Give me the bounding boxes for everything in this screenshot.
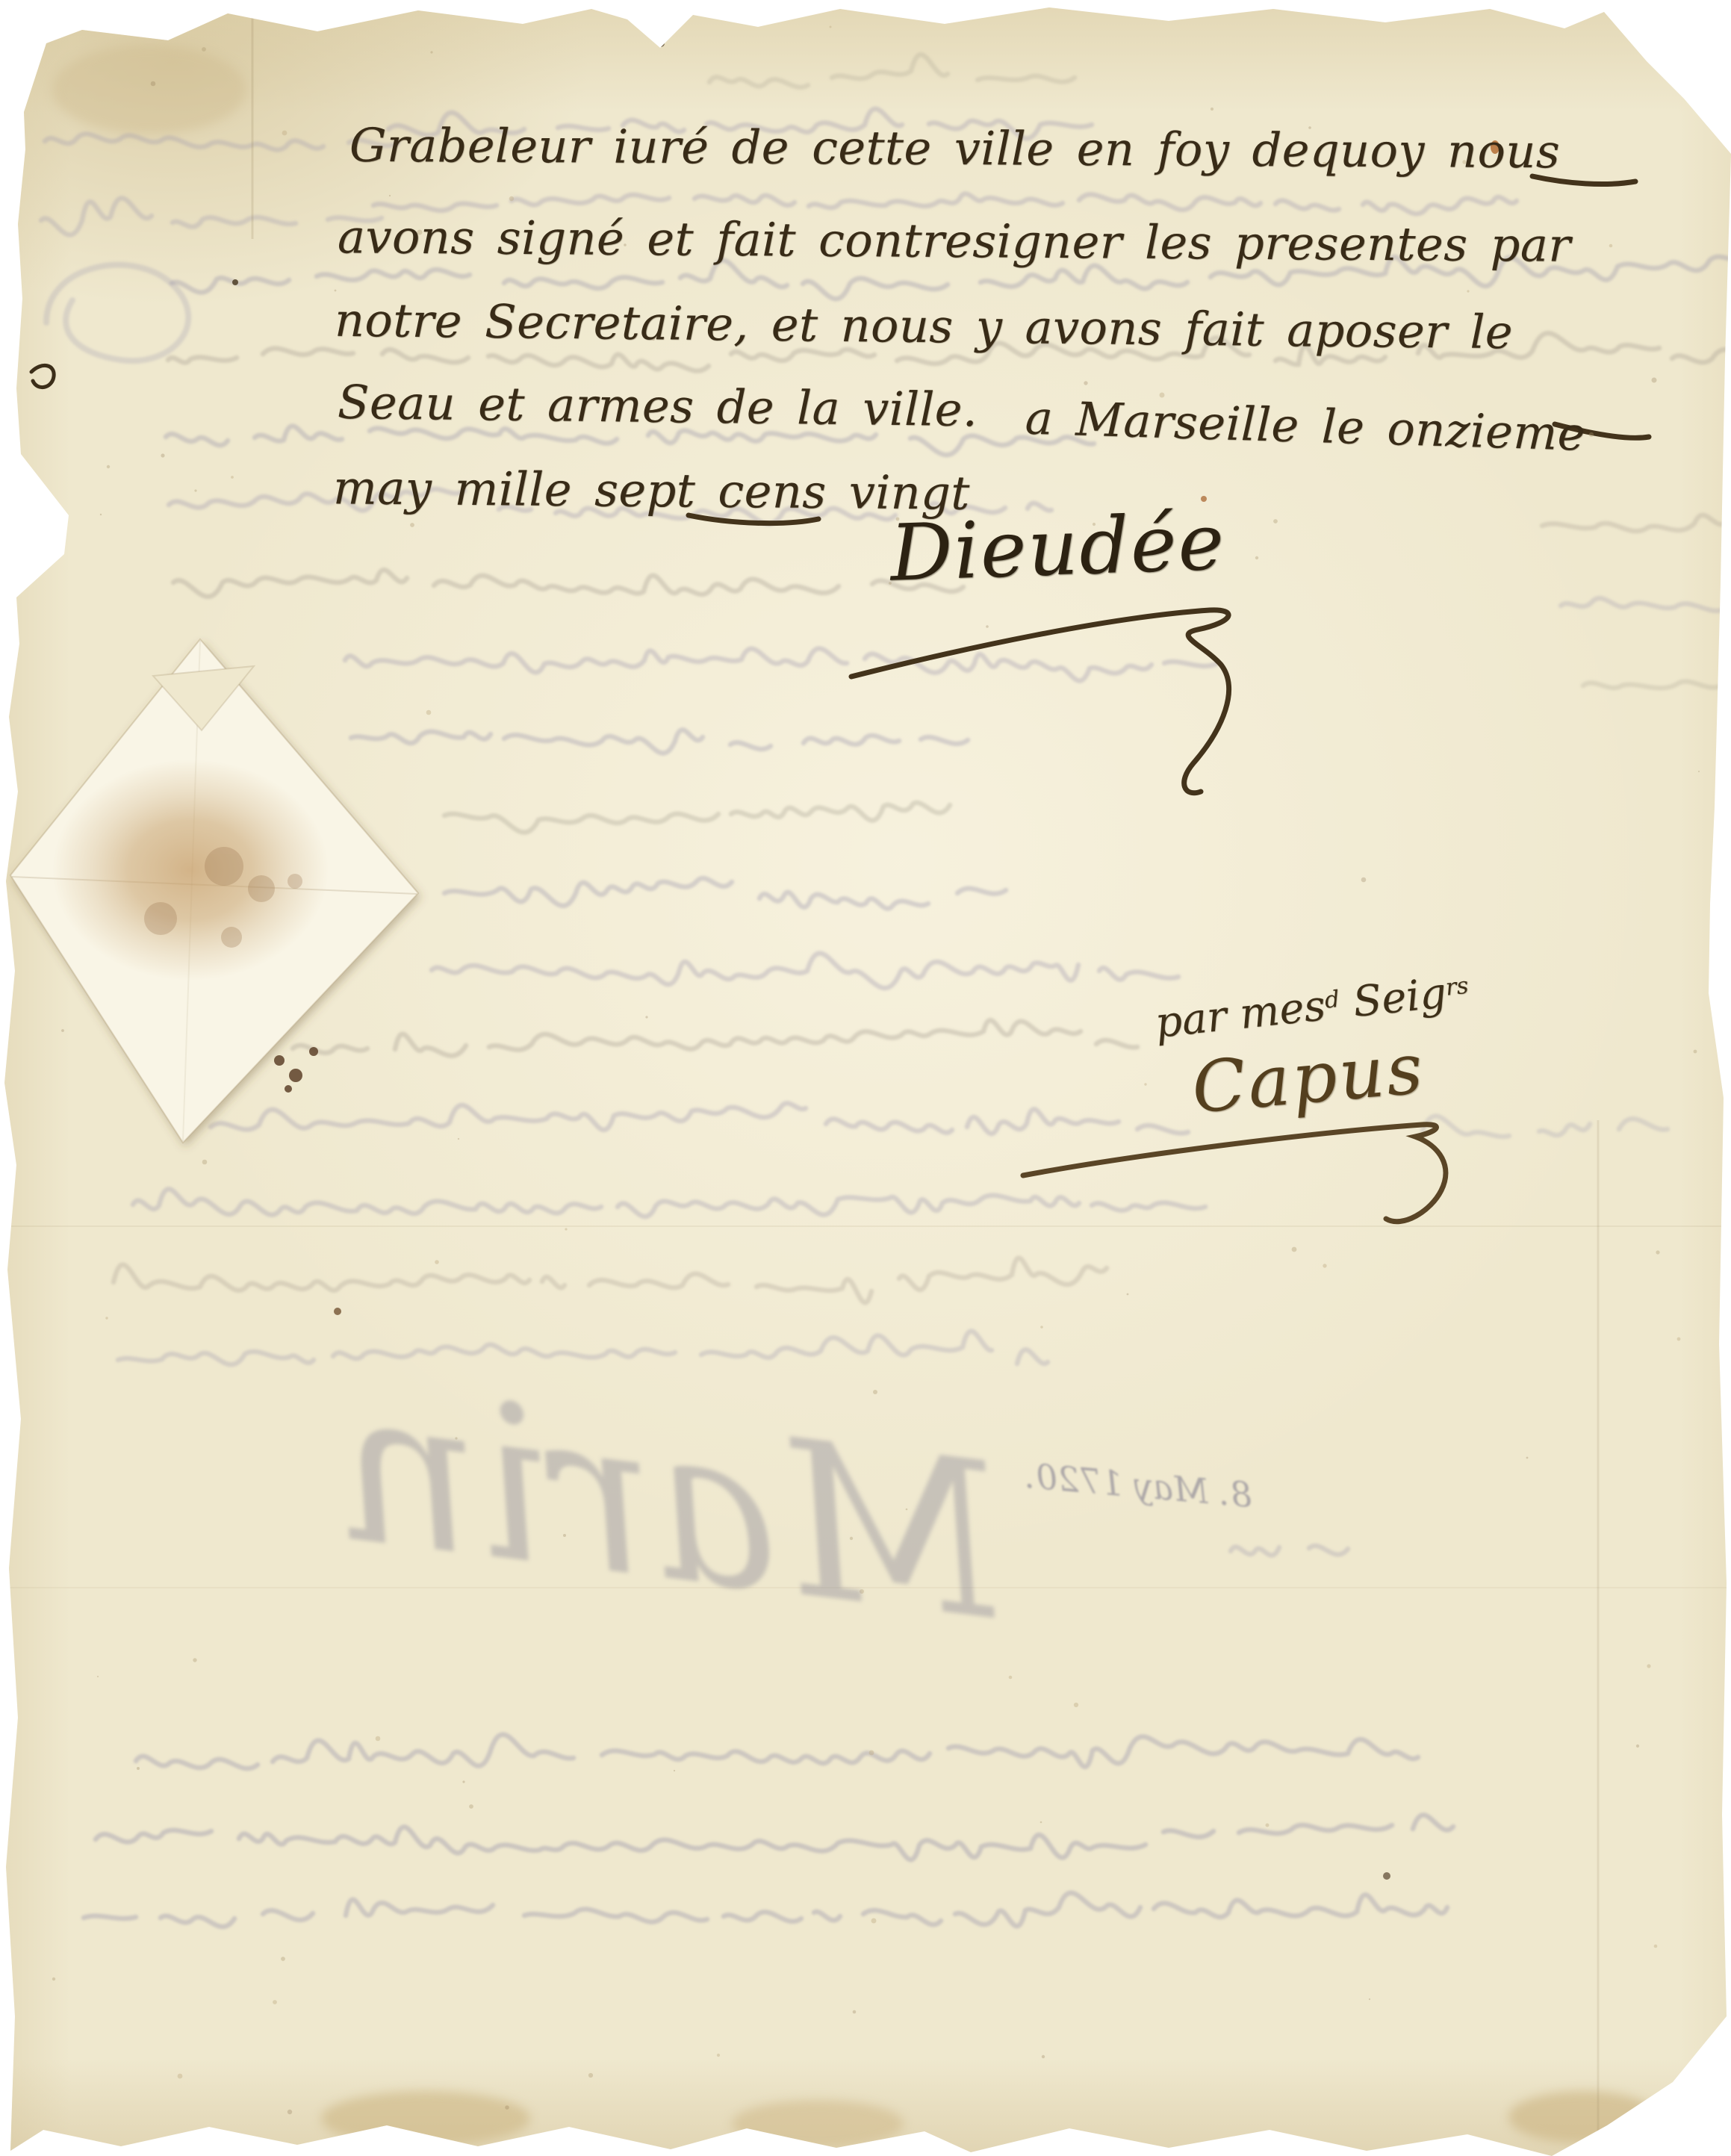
- fiber-speck: [194, 489, 196, 491]
- signature-dieudee: Dieudée: [889, 496, 1227, 599]
- letter-line-5: may mille sept cens vingt: [333, 465, 970, 516]
- fiber-speck: [193, 1658, 196, 1662]
- fiber-speck: [986, 625, 989, 628]
- fiber-speck: [1273, 519, 1278, 524]
- ghost-text-line: [173, 570, 963, 597]
- fiber-speck: [178, 2074, 183, 2079]
- ghost-text-line: [444, 803, 950, 833]
- fiber-speck: [202, 47, 206, 52]
- ghost-text-line: [444, 878, 1006, 909]
- ghost-text-line: [96, 1815, 1453, 1860]
- fiber-speck: [645, 1016, 647, 1018]
- fiber-speck: [1656, 1250, 1659, 1254]
- ghost-text-line: [345, 648, 1216, 680]
- ghost-text-line: [114, 1258, 1107, 1302]
- ghost-text-line: [1542, 515, 1726, 531]
- fiber-speck: [376, 1736, 381, 1742]
- fiber-speck: [1636, 1745, 1639, 1748]
- ghost-text-line: [351, 730, 968, 753]
- ghost-text-line: [293, 1020, 1137, 1056]
- countersign-sup-rs: rs: [1444, 972, 1470, 1001]
- fiber-speck: [462, 1780, 464, 1783]
- dieudee-paraph: [851, 610, 1229, 793]
- line-4-gap: [978, 426, 1025, 426]
- seal-edge-crumbs: [274, 1047, 318, 1093]
- ghost-text-line: [84, 1893, 1447, 1927]
- ghost-text-line: [1231, 1546, 1348, 1556]
- fiber-speck: [161, 453, 164, 457]
- fiber-speck: [52, 1978, 55, 1981]
- fiber-speck: [1609, 244, 1613, 248]
- ghost-text-line: [211, 1103, 1188, 1134]
- fiber-speck: [430, 51, 432, 53]
- ghost-text-line: [1423, 1116, 1668, 1137]
- letter-line-1: Grabeleur iuré de cette ville en foy deq…: [349, 122, 1560, 175]
- fiber-speck: [151, 81, 156, 87]
- capus-paraph: [1023, 1125, 1446, 1222]
- scanned-letter: Marin 8. May 1720. Grabeleur iuré de cet…: [0, 0, 1731, 2156]
- letter-line-4a: Seau et armes de la ville.: [338, 375, 978, 437]
- fiber-speck: [389, 195, 391, 196]
- fiber-speck: [1040, 1326, 1043, 1329]
- ghost-text-line: [432, 953, 1178, 988]
- fiber-speck: [1369, 1998, 1370, 2000]
- fiber-speck: [107, 465, 110, 468]
- fiber-speck: [869, 1750, 874, 1756]
- fiber-speck: [1040, 1821, 1042, 1824]
- fiber-speck: [1589, 432, 1594, 437]
- fiber-speck: [1144, 1083, 1146, 1085]
- fiber-speck: [1127, 1293, 1129, 1296]
- ghost-text-line: [118, 1331, 1048, 1364]
- fiber-speck: [335, 290, 337, 292]
- fiber-speck: [1074, 1703, 1078, 1707]
- fiber-speck: [1084, 381, 1087, 385]
- fiber-speck: [674, 1770, 675, 1771]
- fiber-speck: [426, 710, 432, 715]
- fiber-speck: [1211, 108, 1213, 111]
- fiber-speck: [1526, 1457, 1529, 1459]
- fiber-speck: [1361, 877, 1367, 883]
- fiber-speck: [830, 26, 832, 28]
- fiber-speck: [1467, 290, 1469, 292]
- fiber-speck: [1266, 1824, 1269, 1827]
- fiber-speck: [1255, 556, 1258, 559]
- fiber-speck: [1694, 1050, 1697, 1054]
- ghost-text-line: [709, 55, 1075, 87]
- fiber-speck: [565, 1228, 567, 1230]
- seal-stain: [52, 759, 329, 981]
- fiber-speck: [288, 2110, 292, 2114]
- fiber-speck: [410, 523, 414, 527]
- fiber-speck: [1698, 771, 1700, 772]
- fiber-speck: [273, 2000, 277, 2004]
- fiber-speck: [1323, 1264, 1326, 1267]
- fiber-speck: [505, 2105, 509, 2110]
- fiber-speck: [105, 1317, 108, 1319]
- fiber-speck: [1677, 1338, 1681, 1341]
- ghost-text-line: [41, 198, 382, 234]
- fiber-speck: [853, 2010, 857, 2014]
- paper-sheet: Marin 8. May 1720. Grabeleur iuré de cet…: [0, 0, 1731, 2156]
- edge-ink-curl: [31, 365, 54, 387]
- fiber-speck: [717, 2054, 720, 2057]
- fiber-speck: [1652, 378, 1657, 383]
- fiber-speck: [1042, 2055, 1045, 2058]
- fiber-speck: [1647, 1664, 1650, 1668]
- fiber-speck: [588, 2073, 593, 2078]
- fiber-speck: [231, 476, 234, 479]
- ghost-text-line: [1583, 681, 1723, 688]
- fiber-speck: [871, 1919, 877, 1924]
- fiber-speck: [458, 1138, 459, 1140]
- fiber-speck: [281, 1957, 285, 1961]
- fiber-speck: [97, 1676, 99, 1677]
- papered-seal: [10, 639, 418, 1143]
- fiber-speck: [137, 1767, 140, 1770]
- fiber-speck: [61, 1029, 64, 1032]
- fiber-speck: [100, 514, 102, 515]
- fiber-speck: [469, 1804, 473, 1809]
- ghost-text-line: [133, 1189, 1205, 1217]
- fiber-speck: [202, 1160, 208, 1165]
- fiber-speck: [282, 131, 288, 136]
- fiber-speck: [435, 1260, 439, 1264]
- ghost-text-line: [136, 1735, 1418, 1769]
- fiber-speck: [509, 196, 514, 201]
- fiber-speck: [873, 1390, 877, 1394]
- fiber-speck: [1654, 1945, 1658, 1948]
- fiber-speck: [1292, 1247, 1297, 1252]
- ghost-text-line: [1561, 598, 1731, 612]
- ghost-text-line: [45, 134, 398, 149]
- letter-line-3: notre Secretaire, et nous y avons fait a…: [335, 297, 1514, 356]
- fiber-speck: [1009, 1676, 1013, 1680]
- letter-line-2: avons signé et fait contresigner les pre…: [338, 214, 1571, 269]
